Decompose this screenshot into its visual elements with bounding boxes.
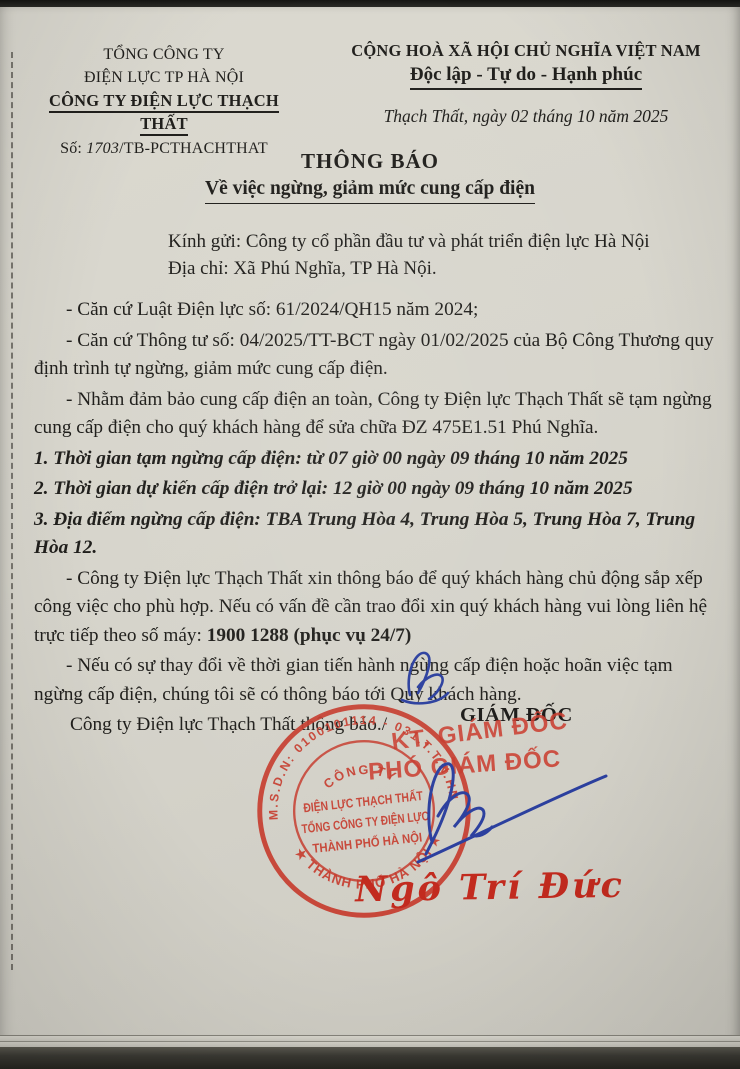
reason-paragraph: - Nhằm đảm bảo cung cấp điện an toàn, Cô… <box>34 386 714 443</box>
issuer-parent-company: TỔNG CÔNG TY <box>26 43 302 66</box>
advisory-paragraph: - Công ty Điện lực Thạch Thất xin thông … <box>34 565 714 651</box>
legal-basis-2: - Căn cứ Thông tư số: 04/2025/TT-BCT ngà… <box>34 327 714 384</box>
recipient-block: Kính gửi: Công ty cổ phần đầu tư và phát… <box>168 228 708 282</box>
issuer-header-block: TỔNG CÔNG TY ĐIỆN LỰC TP HÀ NỘI CÔNG TY … <box>26 43 302 160</box>
national-motto-line2: Độc lập - Tự do - Hạnh phúc <box>410 64 642 90</box>
national-header-block: CỘNG HOÀ XÃ HỘI CHỦ NGHĨA VIỆT NAM Độc l… <box>336 41 716 127</box>
outage-start-time: 1. Thời gian tạm ngừng cấp điện: từ 07 g… <box>34 445 714 474</box>
notice-body: - Căn cứ Luật Điện lực số: 61/2024/QH15 … <box>34 296 714 742</box>
signer-name: Ngô Trí Đức <box>330 864 651 911</box>
issuer-parent-company-2: ĐIỆN LỰC TP HÀ NỘI <box>26 66 302 89</box>
scanned-photo: TỔNG CÔNG TY ĐIỆN LỰC TP HÀ NỘI CÔNG TY … <box>0 0 740 1069</box>
recipient-to: Kính gửi: Công ty cổ phần đầu tư và phát… <box>168 228 708 255</box>
outage-end-time: 2. Thời gian dự kiến cấp điện trở lại: 1… <box>34 475 714 504</box>
hotline-number: 1900 1288 (phục vụ 24/7) <box>207 625 412 646</box>
document-subtitle: Về việc ngừng, giảm mức cung cấp điện <box>205 178 535 204</box>
place-date-line: Thạch Thất, ngày 02 tháng 10 năm 2025 <box>336 106 716 127</box>
outage-locations: 3. Địa điểm ngừng cấp điện: TBA Trung Hò… <box>34 506 714 563</box>
document-page: TỔNG CÔNG TY ĐIỆN LỰC TP HÀ NỘI CÔNG TY … <box>0 7 740 1050</box>
legal-basis-1: - Căn cứ Luật Điện lực số: 61/2024/QH15 … <box>34 296 714 325</box>
photo-top-edge <box>0 0 740 7</box>
recipient-address: Địa chỉ: Xã Phú Nghĩa, TP Hà Nội. <box>168 255 708 282</box>
document-title-block: THÔNG BÁO Về việc ngừng, giảm mức cung c… <box>0 149 740 204</box>
document-title: THÔNG BÁO <box>0 149 740 174</box>
national-motto-line1: CỘNG HOÀ XÃ HỘI CHỦ NGHĨA VIỆT NAM <box>336 41 716 61</box>
photo-bottom-edge <box>0 1047 740 1069</box>
issuer-company-name: CÔNG TY ĐIỆN LỰC THẠCH THẤT <box>26 89 302 135</box>
